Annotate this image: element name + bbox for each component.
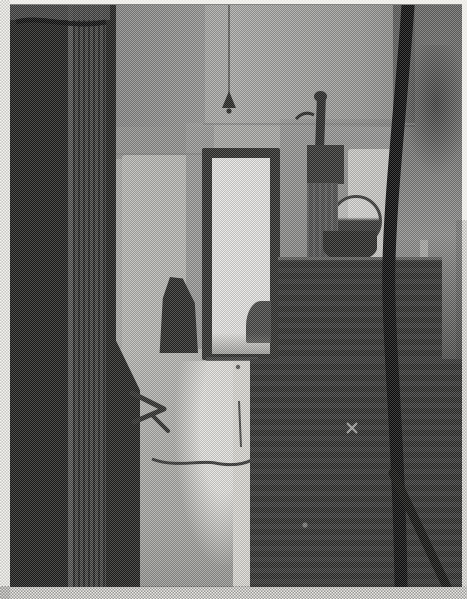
scanned-page bbox=[0, 0, 467, 599]
left-band-top bbox=[10, 5, 110, 20]
hallway-photo bbox=[10, 4, 462, 587]
door-floor-inside bbox=[212, 333, 270, 354]
ceiling-wall-line bbox=[203, 123, 415, 125]
bottom-margin-dither bbox=[0, 586, 467, 599]
left-margin-dither bbox=[0, 0, 10, 599]
ceiling-shading bbox=[110, 5, 415, 127]
curtain-edge-highlight bbox=[68, 5, 73, 587]
cabinet-top-edge bbox=[278, 257, 442, 260]
cabinet-upper bbox=[278, 257, 442, 373]
bottle-stick-top bbox=[314, 91, 327, 102]
left-wall-top-line bbox=[112, 153, 213, 155]
curtain-pleats bbox=[73, 5, 106, 587]
left-dark-band bbox=[10, 5, 68, 587]
box bbox=[307, 145, 344, 184]
lit-floor-strip bbox=[233, 357, 251, 587]
cabinet bbox=[250, 359, 462, 587]
